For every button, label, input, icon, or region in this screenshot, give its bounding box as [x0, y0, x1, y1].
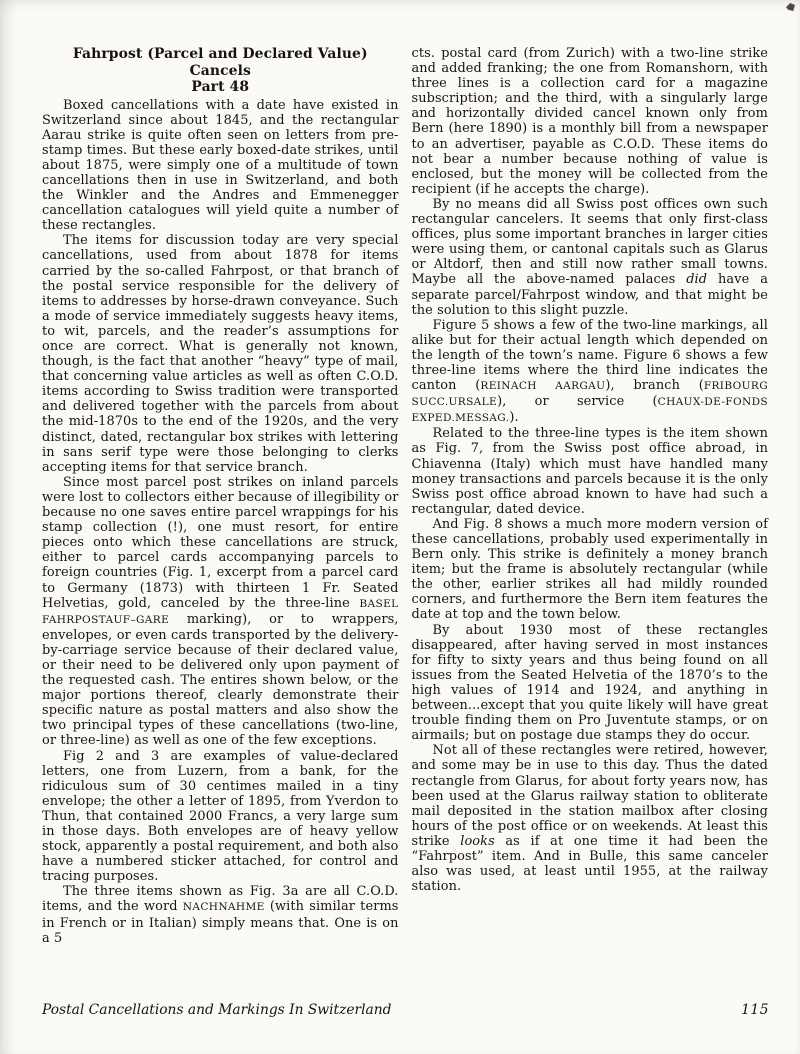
paragraph: cts. postal card (from Zurich) with a tw… [412, 46, 769, 197]
article-body: Fahrpost (Parcel and Declared Value) Can… [42, 46, 768, 946]
postmark-text: REINACH AARGAU [480, 380, 605, 392]
footer-journal-title: Postal Cancellations and Markings In Swi… [42, 1002, 391, 1018]
paragraph: The items for discussion today are very … [42, 233, 399, 475]
paragraph: Fig 2 and 3 are examples of value-declar… [42, 749, 399, 885]
article-title-line2: Part 48 [42, 79, 399, 96]
postmark-text: NACHNAHME [183, 901, 265, 913]
emphasized-text: looks [460, 834, 495, 849]
paragraph: Boxed cancellations with a date have exi… [42, 98, 399, 234]
ink-speck [786, 3, 795, 11]
paragraph: The three items shown as Fig. 3a are all… [42, 884, 399, 945]
paragraph: By about 1930 most of these rectangles d… [412, 623, 769, 744]
paragraph: Figure 5 shows a few of the two-line mar… [412, 318, 769, 427]
article-title-line1: Fahrpost (Parcel and Declared Value) Can… [42, 46, 399, 79]
left-column-text: Boxed cancellations with a date have exi… [42, 98, 399, 946]
right-column-text: cts. postal card (from Zurich) with a tw… [412, 46, 769, 894]
article-title: Fahrpost (Parcel and Declared Value) Can… [42, 46, 399, 96]
right-column: cts. postal card (from Zurich) with a tw… [412, 46, 769, 946]
paragraph: Since most parcel post strikes on inland… [42, 475, 399, 749]
document-page: Fahrpost (Parcel and Declared Value) Can… [0, 0, 800, 1054]
footer-page-number: 115 [741, 1002, 769, 1018]
postmark-text: BASEL FAHRPOSTAUF–GARE [42, 598, 399, 626]
page-footer: Postal Cancellations and Markings In Swi… [42, 1002, 769, 1018]
paragraph: By no means did all Swiss post offices o… [412, 197, 769, 318]
paragraph: Not all of these rectangles were retired… [412, 743, 769, 894]
emphasized-text: did [686, 272, 707, 287]
left-column: Fahrpost (Parcel and Declared Value) Can… [42, 46, 399, 946]
paragraph: Related to the three-line types is the i… [412, 426, 769, 517]
paragraph: And Fig. 8 shows a much more modern vers… [412, 517, 769, 623]
